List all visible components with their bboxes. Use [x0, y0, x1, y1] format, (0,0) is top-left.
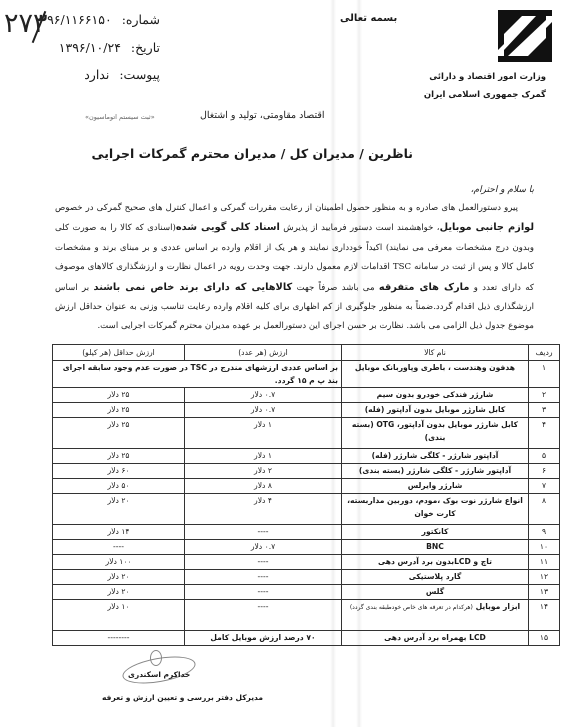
row-index: ۳ — [529, 403, 560, 418]
item-name-main: ابزار موبایل — [476, 602, 521, 611]
body-bold-1: لوازم جانبی موبایل — [440, 222, 534, 233]
table-row: ۱۵ LCD بهمراه برد آدرس دهی ۷۰ درصد ارزش … — [53, 631, 560, 646]
min-kg-value: ۲۵ دلار — [53, 449, 185, 464]
unit-value: ---- — [185, 600, 342, 631]
item-name: تاچ و LCDبدون برد آدرس دهی — [342, 555, 529, 570]
table-row: ۱۲ گارد پلاستیکی ---- ۲۰ دلار — [53, 570, 560, 585]
letter-date: تاریخ: ۱۳۹۶/۱۰/۲۴ — [59, 40, 160, 55]
table-row: ۱۳ گلس ---- ۲۰ دلار — [53, 585, 560, 600]
table-row: ۹ کانکتور ---- ۱۴ دلار — [53, 525, 560, 540]
unit-value: ۰.۷ دلار — [185, 540, 342, 555]
table-row: ۳ کابل شارژر موبایل بدون آداپتور (فله) ۰… — [53, 403, 560, 418]
body-text-4: می باشد صرفاً جهت — [297, 283, 375, 293]
item-name: گلس — [342, 585, 529, 600]
customs-logo-icon — [498, 10, 552, 62]
min-kg-value: ۲۰ دلار — [53, 570, 185, 585]
item-name: گارد پلاستیکی — [342, 570, 529, 585]
valuation-table: ردیف نام کالا ارزش (هر عدد) ارزش حداقل (… — [52, 344, 560, 646]
col-header-min-kg: ارزش حداقل (هر کیلو) — [53, 345, 185, 361]
row-index: ۲ — [529, 388, 560, 403]
item-name: آداپتور شارژر - کلگی شارژر (فله) — [342, 449, 529, 464]
item-name-note: (هرکدام در تعرفه های خاص خودطبقه بندی گر… — [350, 604, 473, 611]
item-name: LCD بهمراه برد آدرس دهی — [342, 631, 529, 646]
item-name: انواع شارژر نوت بوک ،مودم، دوربین مداربس… — [342, 494, 529, 525]
body-bold-3: مارک های متفرقه — [379, 282, 469, 293]
addressee: ناظرین / مدیران کل / مدیران محترم گمرکات… — [92, 146, 413, 161]
unit-value: ۰.۷ دلار — [185, 388, 342, 403]
unit-value: ۲ دلار — [185, 464, 342, 479]
row-index: ۱۴ — [529, 600, 560, 631]
letter-number: شماره: ۹۶/۱۱۶۶۱۵۰ — [47, 12, 160, 27]
min-kg-value: ۲۵ دلار — [53, 418, 185, 449]
table-header-row: ردیف نام کالا ارزش (هر عدد) ارزش حداقل (… — [53, 345, 560, 361]
table-row: ۱۱ تاچ و LCDبدون برد آدرس دهی ---- ۱۰۰ د… — [53, 555, 560, 570]
unit-value: ۰.۷ دلار — [185, 403, 342, 418]
col-header-row: ردیف — [529, 345, 560, 361]
letter-date-label: تاریخ: — [131, 40, 160, 55]
min-kg-value: ---- — [53, 540, 185, 555]
row-index: ۱۲ — [529, 570, 560, 585]
body-bold-2: اسناد کلی گویی شده — [176, 222, 280, 233]
row-index: ۱۰ — [529, 540, 560, 555]
unit-value: ۱ دلار — [185, 449, 342, 464]
min-kg-value: -------- — [53, 631, 185, 646]
row-index: ۱۵ — [529, 631, 560, 646]
item-name: شارژر فندکی خودرو بدون سیم — [342, 388, 529, 403]
row-index: ۱۱ — [529, 555, 560, 570]
table-row: ۲ شارژر فندکی خودرو بدون سیم ۰.۷ دلار ۲۵… — [53, 388, 560, 403]
min-kg-value: ۱۰ دلار — [53, 600, 185, 631]
letter-attachment: پیوست: ندارد — [84, 67, 160, 82]
unit-value: ---- — [185, 525, 342, 540]
signatory-title: مدیرکل دفتر بررسی و تعیین ارزش و تعرفه — [102, 693, 263, 702]
item-name: کابل شارژر موبایل بدون آداپتور، OTG (بست… — [342, 418, 529, 449]
col-header-unit-value: ارزش (هر عدد) — [185, 345, 342, 361]
item-name: BNC — [342, 540, 529, 555]
row-note: بر اساس عددی ارزشهای مندرج در TSC در صور… — [53, 361, 342, 388]
attachment-label: پیوست: — [119, 67, 160, 82]
automation-system-note: «ثبت سیستم اتوماسیون» — [85, 113, 155, 121]
letter-number-value: ۹۶/۱۱۶۶۱۵۰ — [47, 12, 112, 27]
row-index: ۸ — [529, 494, 560, 525]
table-row: ۴ کابل شارژر موبایل بدون آداپتور، OTG (ب… — [53, 418, 560, 449]
table-row: ۱۰ BNC ۰.۷ دلار ---- — [53, 540, 560, 555]
signatory-name: خداکرم اسکندری — [128, 670, 190, 679]
item-name: شارژر وایرلس — [342, 479, 529, 494]
table-row: ۱ هدفون وهندست ، باطری وپاوربانک موبایل … — [53, 361, 560, 388]
row-index: ۵ — [529, 449, 560, 464]
item-name: کابل شارژر موبایل بدون آداپتور (فله) — [342, 403, 529, 418]
greeting: با سلام و احترام، — [471, 185, 534, 195]
table-row: ۱۴ ابزار موبایل (هرکدام در تعرفه های خاص… — [53, 600, 560, 631]
unit-value: ---- — [185, 585, 342, 600]
year-slogan: اقتصاد مقاومتی، تولید و اشتغال — [200, 110, 325, 121]
min-kg-value: ۲۰ دلار — [53, 585, 185, 600]
unit-value: ۴ دلار — [185, 494, 342, 525]
unit-value: ---- — [185, 570, 342, 585]
row-index: ۱۳ — [529, 585, 560, 600]
unit-value: ۱ دلار — [185, 418, 342, 449]
unit-value: ۷۰ درصد ارزش موبایل کامل — [185, 631, 342, 646]
row-index: ۷ — [529, 479, 560, 494]
min-kg-value: ۲۵ دلار — [53, 403, 185, 418]
row-index: ۶ — [529, 464, 560, 479]
attachment-value: ندارد — [84, 67, 109, 82]
table-row: ۸ انواع شارژر نوت بوک ،مودم، دوربین مدار… — [53, 494, 560, 525]
body-text-1: پیرو دستورالعمل های صادره و به منظور حصو… — [55, 203, 518, 213]
letter-body: پیرو دستورالعمل های صادره و به منظور حصو… — [55, 199, 534, 337]
min-kg-value: ۶۰ دلار — [53, 464, 185, 479]
item-name: کانکتور — [342, 525, 529, 540]
col-header-name: نام کالا — [342, 345, 529, 361]
body-bold-4: کالاهایی که دارای برند خاص نمی باشند — [94, 282, 293, 293]
ministry-name: وزارت امور اقتصاد و دارائی — [429, 72, 546, 82]
min-kg-value: ۱۰۰ دلار — [53, 555, 185, 570]
body-text-2: ، خواهشمند است دستور فرمایید از پذیرش — [283, 223, 439, 233]
min-kg-value: ۵۰ دلار — [53, 479, 185, 494]
table-row: ۷ شارژر وایرلس ۸ دلار ۵۰ دلار — [53, 479, 560, 494]
min-kg-value: ۲۵ دلار — [53, 388, 185, 403]
row-index: ۹ — [529, 525, 560, 540]
min-kg-value: ۱۴ دلار — [53, 525, 185, 540]
item-name: ابزار موبایل (هرکدام در تعرفه های خاص خو… — [342, 600, 529, 631]
unit-value: ۸ دلار — [185, 479, 342, 494]
table-row: ۵ آداپتور شارژر - کلگی شارژر (فله) ۱ دلا… — [53, 449, 560, 464]
item-name: هدفون وهندست ، باطری وپاوربانک موبایل — [342, 361, 529, 388]
row-index: ۴ — [529, 418, 560, 449]
min-kg-value: ۲۰ دلار — [53, 494, 185, 525]
item-name: آداپتور شارژر - کلگی شارژر (بسته بندی) — [342, 464, 529, 479]
letter-number-label: شماره: — [122, 12, 160, 27]
customs-name: گمرک جمهوری اسلامی ایران — [424, 90, 546, 100]
row-index: ۱ — [529, 361, 560, 388]
bismillah-heading: بسمه تعالی — [340, 13, 397, 24]
letter-date-value: ۱۳۹۶/۱۰/۲۴ — [59, 40, 121, 55]
table-row: ۶ آداپتور شارژر - کلگی شارژر (بسته بندی)… — [53, 464, 560, 479]
unit-value: ---- — [185, 555, 342, 570]
